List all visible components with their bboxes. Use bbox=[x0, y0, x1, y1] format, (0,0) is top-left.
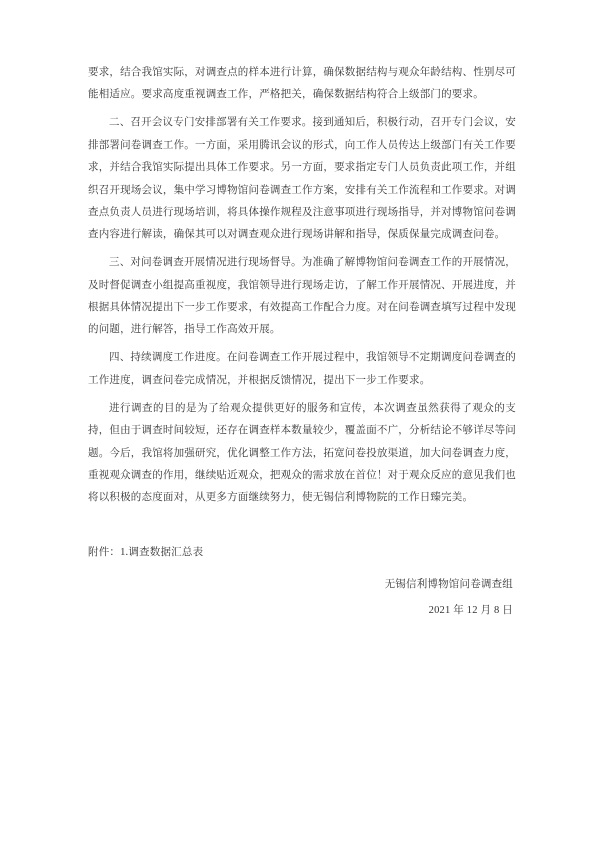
signature-line: 无锡信利博物馆问卷调查组 bbox=[88, 572, 513, 598]
body-paragraph-summary: 进行调查的目的是为了给观众提供更好的服务和宣传，本次调查虽然获得了观众的支持，但… bbox=[88, 398, 516, 510]
document-page: 要求，结合我馆实际，对调查点的样本进行计算，确保数据结构与观众年龄结构、性别尽可… bbox=[0, 0, 600, 848]
body-paragraph-continuation: 要求，结合我馆实际，对调查点的样本进行计算，确保数据结构与观众年龄结构、性别尽可… bbox=[88, 62, 516, 107]
body-paragraph-item-2: 二、召开会议专门安排部署有关工作要求。接到通知后，积极行动，召开专门会议，安排部… bbox=[88, 112, 516, 246]
body-paragraph-item-3: 三、对问卷调查开展情况进行现场督导。为准确了解博物馆问卷调查工作的开展情况，及时… bbox=[88, 252, 516, 342]
attachment-line: 附件：1.调查数据汇总表 bbox=[88, 542, 516, 564]
date-line: 2021 年 12 月 8 日 bbox=[88, 598, 513, 624]
document-body: 要求，结合我馆实际，对调查点的样本进行计算，确保数据结构与观众年龄结构、性别尽可… bbox=[88, 62, 516, 623]
body-paragraph-item-4: 四、持续调度工作进度。在问卷调查工作开展过程中，我馆领导不定期调度问卷调查的工作… bbox=[88, 347, 516, 392]
signature-block: 无锡信利博物馆问卷调查组 2021 年 12 月 8 日 bbox=[88, 572, 516, 623]
